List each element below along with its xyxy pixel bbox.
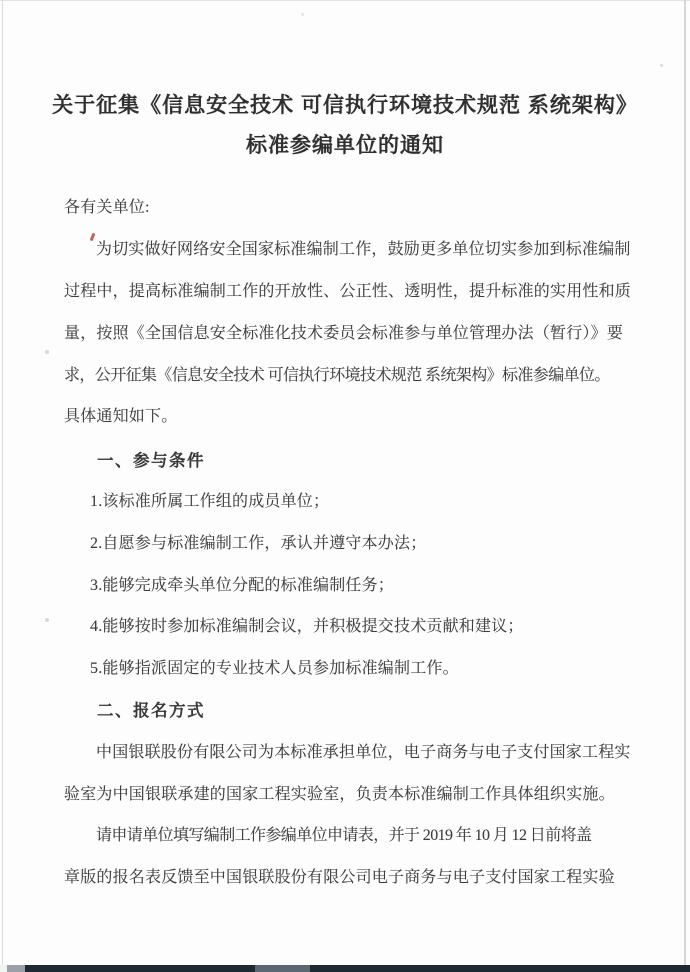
scan-bottom-bar-segment [25,965,255,972]
scan-artifact-speck [660,64,663,67]
scan-bottom-bar-segment [310,965,690,972]
scan-edge-top [0,0,690,1]
intro-line-2: 过程中，提高标准编制工作的开放性、公正性、透明性，提升标准的实用性和质 [64,271,626,313]
intro-line-1: 为切实做好网络安全国家标准编制工作，鼓励更多单位切实参加到标准编制 [64,229,626,271]
scan-artifact-speck [301,13,304,16]
document-title-line2: 标准参编单位的通知 [0,125,690,167]
section2-paragraph1-line2: 验室为中国银联承建的国家工程实验室，负责本标准编制工作具体组织实施。 [64,774,626,816]
section1-heading: 一、参与条件 [64,440,659,482]
intro-line-3: 量，按照《全国信息安全标准化技术委员会标准参与单位管理办法（暂行）》要 [64,313,626,355]
document-page: 关于征集《信息安全技术 可信执行环境技术规范 系统架构》 标准参编单位的通知 各… [0,0,690,972]
scan-bottom-bar-segment [0,965,7,972]
scan-artifact-speck [45,350,49,354]
scan-artifact-speck [45,618,49,622]
document-title-line1: 关于征集《信息安全技术 可信执行环境技术规范 系统架构》 [0,85,690,127]
section1-item-4: 4.能够按时参加标准编制会议，并积极提交技术贡献和建议； [64,606,652,648]
intro-line-4: 求，公开征集《信息安全技术 可信执行环境技术规范 系统架构》标准参编单位。 [64,355,626,397]
scan-bottom-bar [0,965,690,972]
scan-bottom-bar-segment [7,965,25,972]
section1-item-2: 2.自愿参与标准编制工作，承认并遵守本办法； [64,523,652,565]
section2-paragraph2-line2: 章版的报名表反馈至中国银联股份有限公司电子商务与电子支付国家工程实验 [64,857,626,899]
section1-item-3: 3.能够完成牵头单位分配的标准编制任务； [64,565,652,607]
section2-paragraph2-line1: 请申请单位填写编制工作参编单位申请表，并于 2019 年 10 月 12 日前将… [64,815,626,857]
salutation: 各有关单位: [64,187,626,229]
section2-heading: 二、报名方式 [64,690,659,732]
section1-item-5: 5.能够指派固定的专业技术人员参加标准编制工作。 [64,648,652,690]
intro-line-5: 具体通知如下。 [64,396,626,438]
section1-item-1: 1.该标准所属工作组的成员单位； [64,481,652,523]
section2-paragraph1-line1: 中国银联股份有限公司为本标准承担单位，电子商务与电子支付国家工程实 [64,732,626,774]
scan-bottom-bar-segment [255,965,310,972]
